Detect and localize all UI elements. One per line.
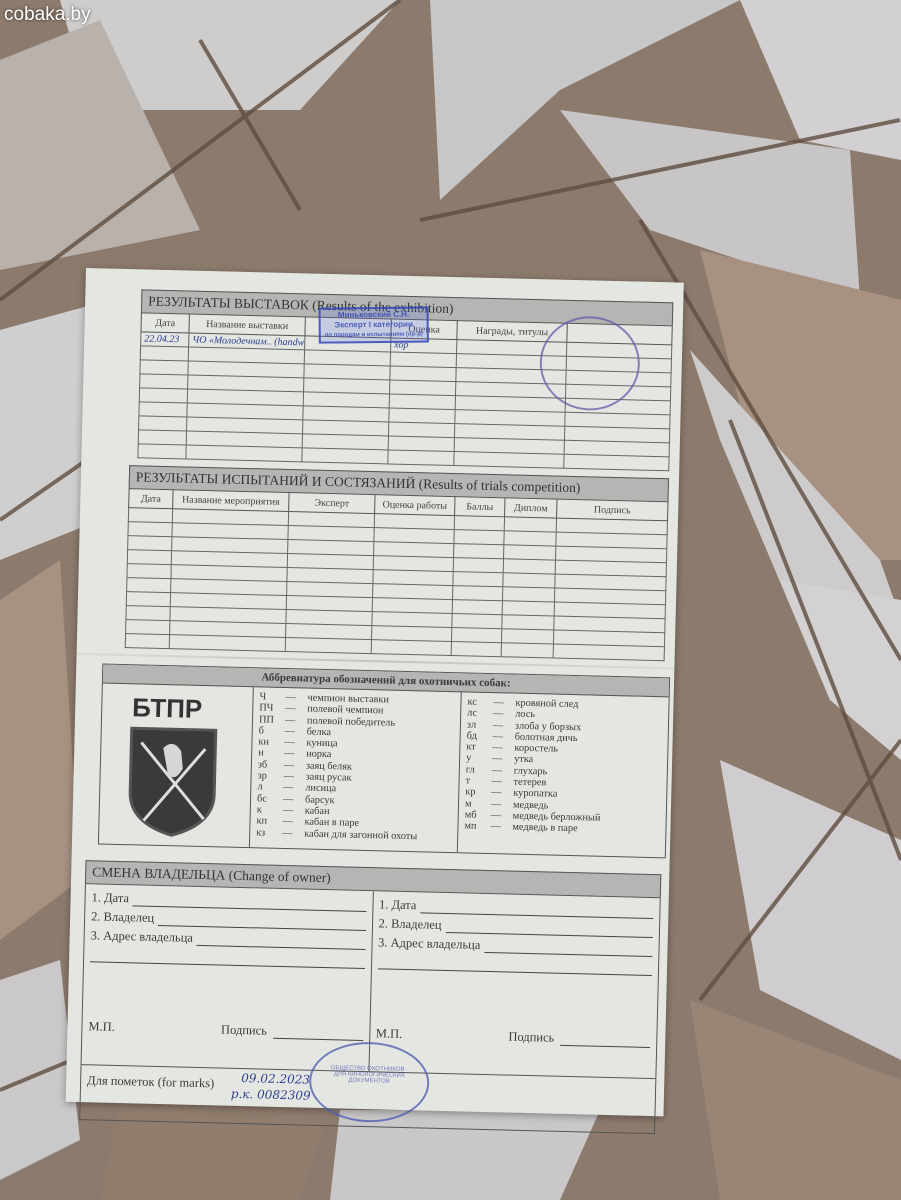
abbreviation-meaning: глухарь [514,765,548,777]
abbreviation-meaning: куница [306,738,337,750]
abbreviations-left-list: Ч—чемпион выставкиПЧ—полевой чемпионПП—п… [250,687,461,852]
abbreviation-key: кп [256,816,282,828]
signature-field[interactable] [560,1033,650,1048]
dash: — [492,742,514,754]
site-watermark: cobaka.by [4,4,91,26]
shield-emblem-icon [121,722,224,839]
dash: — [492,754,514,766]
dash: — [285,703,307,715]
dash: — [282,816,304,828]
abbreviation-meaning: норка [306,749,332,761]
dash: — [285,715,307,727]
abbreviation-meaning: лисица [305,783,336,795]
mp-label: М.П. [88,1019,115,1035]
column-header: Эксперт [289,493,375,514]
abbreviation-key: лс [467,708,493,720]
owner-change-block-1: 1. Дата 2. Владелец 3. Адрес владельца М… [82,884,373,1071]
dash: — [491,810,513,822]
abbreviation-key: бд [467,730,493,742]
marks-label: Для пометок (for marks) [87,1073,214,1090]
abbreviation-key: кн [258,737,284,749]
dash: — [490,821,512,833]
dash: — [284,737,306,749]
abbreviation-key: гл [466,764,492,776]
expert-stamp: Миньковский С.Н. Эксперт I категории по … [319,306,429,343]
column-header: Дата [141,313,189,333]
logo-text: БТПР [132,692,203,725]
abbreviation-meaning: белка [307,726,332,738]
column-header: Диплом [505,498,557,518]
dash: — [284,760,306,772]
exhibition-results-section: РЕЗУЛЬТАТЫ ВЫСТАВОК (Results of the exhi… [137,289,673,471]
abbreviation-meaning: барсук [305,794,335,806]
btpr-logo: БТПР [99,684,254,848]
dash: — [284,748,306,760]
trials-table: Дата Название мероприятия Эксперт Оценка… [125,488,669,661]
handwritten-number: р.к. 0082309 [231,1087,311,1103]
owner-change-block-2: 1. Дата 2. Владелец 3. Адрес владельца М… [368,891,660,1078]
hunting-dog-document: РЕЗУЛЬТАТЫ ВЫСТАВОК (Results of the exhi… [66,268,684,1116]
abbreviation-key: н [258,748,284,760]
dash: — [491,776,513,788]
abbreviations-right-list: кс—кровяной следлс—лосьзл—злоба у борзых… [457,692,669,857]
dash: — [493,708,515,720]
exhibition-date: 22.04.23 [141,332,189,347]
signature-field[interactable] [273,1026,363,1041]
abbreviation-meaning: кабан для загонной охоты [304,828,417,842]
abbreviation-key: кс [467,696,493,708]
abbreviation-key: б [259,725,285,737]
dash: — [492,765,514,777]
dash: — [285,692,307,704]
abbreviation-meaning: утка [514,754,533,766]
dash: — [493,731,515,743]
abbreviation-key: зб [258,759,284,771]
abbreviation-key: Ч [259,691,285,703]
mp-label: М.П. [376,1026,403,1042]
abbreviation-key: ПЧ [259,703,285,715]
abbreviation-key: кз [256,827,282,839]
abbreviation-key: к [257,804,283,816]
dash: — [285,726,307,738]
abbreviation-key: у [466,753,492,765]
column-header: Оценка работы [375,495,455,516]
handwritten-date: 09.02.2023 [241,1071,310,1087]
column-header: Баллы [455,497,505,517]
owner-change-section: СМЕНА ВЛАДЕЛЬЦА (Change of owner) 1. Дат… [79,860,661,1134]
abbreviation-key: ПП [259,714,285,726]
abbreviation-meaning: медведь в паре [512,822,577,835]
date-field[interactable] [133,893,366,912]
dash: — [493,697,515,709]
dash: — [283,805,305,817]
abbreviation-key: мп [464,821,490,833]
abbreviation-key: зл [467,719,493,731]
address-field[interactable] [484,940,652,957]
abbreviation-meaning: лось [515,709,535,721]
abbreviation-key: м [465,798,491,810]
abbreviation-meaning: кабан [305,805,330,817]
abbreviation-key: кт [466,742,492,754]
owner-field[interactable] [445,920,653,938]
dash: — [491,799,513,811]
abbreviation-meaning: медведь [513,799,549,811]
dash: — [283,794,305,806]
abbreviation-key: зр [257,770,283,782]
abbreviation-key: т [465,776,491,788]
dash: — [282,828,304,840]
abbreviation-key: кр [465,787,491,799]
owner-field[interactable] [158,913,366,931]
column-header: Дата [129,489,173,509]
abbreviation-key: мб [465,809,491,821]
address-field[interactable] [197,933,365,950]
abbreviation-key: бс [257,793,283,805]
abbreviation-meaning: тетерев [513,777,546,789]
abbreviations-section: Аббревиатура обозначений для охотничьих … [98,664,670,859]
abbreviation-key: л [257,782,283,794]
dash: — [283,771,305,783]
dash: — [283,782,305,794]
dash: — [493,720,515,732]
date-field[interactable] [420,900,653,919]
trials-results-section: РЕЗУЛЬТАТЫ ИСПЫТАНИЙ И СОСТЯЗАНИЙ (Resul… [125,465,669,661]
dash: — [491,787,513,799]
